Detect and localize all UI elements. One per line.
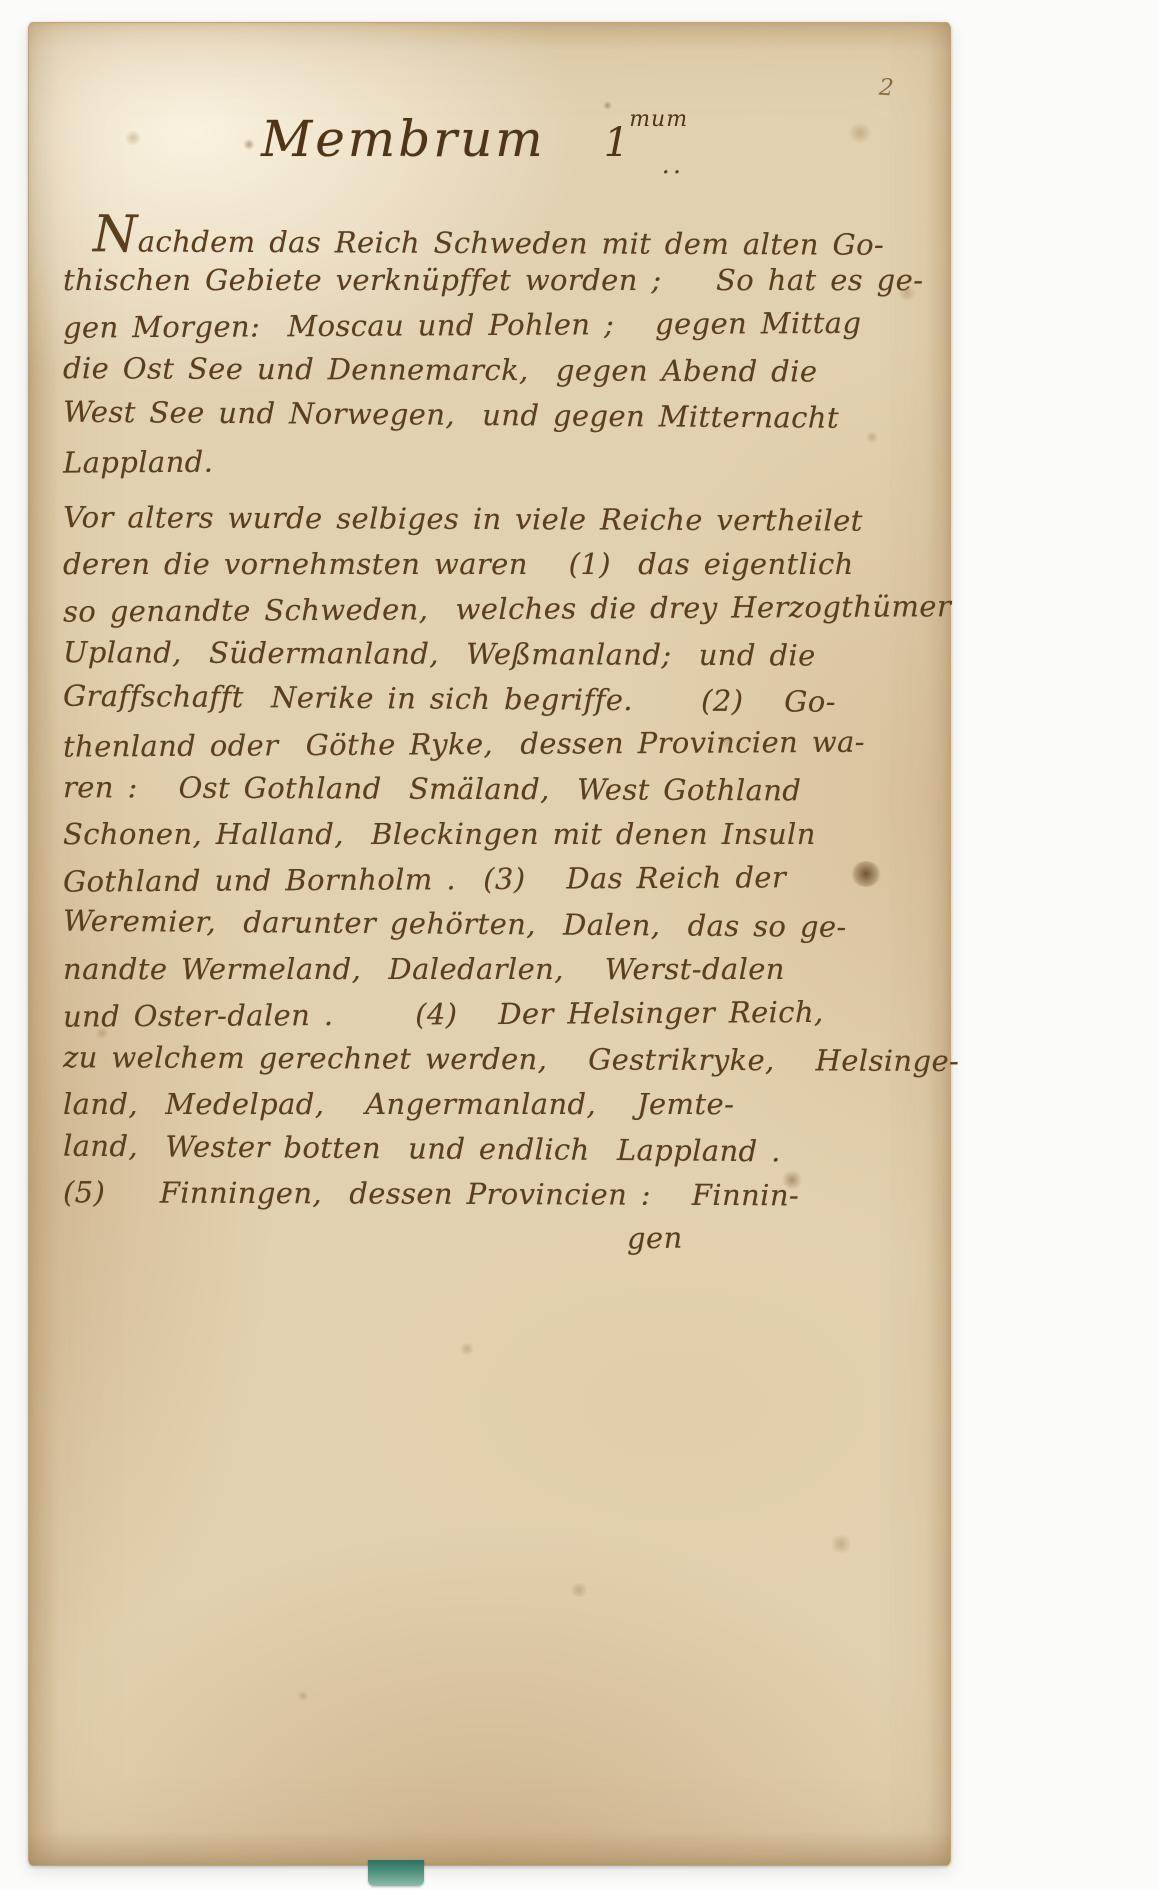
foxing-spot [847,123,873,143]
manuscript-line: ren : Ost Gothland Smäland, West Gothlan… [63,765,915,814]
title-word: Membrum [261,110,546,168]
manuscript-line: Nachdem das Reich Schweden mit dem alten… [63,211,915,260]
title-number: 1mum.. [604,120,688,166]
manuscript-line: (5) Finningen, dessen Provincien : Finni… [63,1170,915,1219]
paragraph-2: Vor alters wurde selbiges in viele Reich… [63,497,915,1217]
manuscript-line: deren die vornehmsten waren (1) das eige… [63,542,915,587]
manuscript-line: land, Wester botten und endlich Lappland… [63,1124,915,1176]
manuscript-line: nandte Wermeland, Daledarlen, Werst-dale… [63,947,915,992]
foxing-spot [297,1691,309,1701]
catchword: gen [627,1221,683,1256]
foxing-spot [569,1583,589,1597]
manuscript-line: Upland, Südermanland, Weßmanland; und di… [63,630,915,679]
manuscript-line: Gothland und Bornholm . (3) Das Reich de… [63,854,915,904]
paragraph-1: Nachdem das Reich Schweden mit dem alten… [63,213,915,483]
manuscript-line: thenland oder Göthe Ryke, dessen Provinc… [63,719,915,769]
manuscript-line: West See und Norwegen, und gegen Mittern… [63,390,915,442]
scan-background: 2 Membrum1mum.. Nachdem das Reich Schwed… [0,0,1159,1890]
manuscript-line: Graffschafft Nerike in sich begriffe. (2… [63,674,915,726]
manuscript-line: gen Morgen: Moscau und Pohlen ; gegen Mi… [63,300,915,350]
manuscript-line: und Oster-dalen . (4) Der Helsinger Reic… [63,989,915,1039]
manuscript-line: zu welchem gerechnet werden, Gestrikryke… [63,1035,915,1084]
manuscript-line: land, Medelpad, Angermanland, Jemte- [63,1082,915,1127]
foxing-spot [459,1343,475,1355]
foxing-spot [124,131,142,145]
manuscript-line: die Ost See und Dennemarck, gegen Abend … [63,346,915,395]
manuscript-title: Membrum1mum.. [261,107,781,168]
foxing-spot [243,139,255,150]
foxing-spot [829,1535,853,1553]
manuscript-line: so genandte Schweden, welches die drey H… [63,584,915,634]
title-number-value: 1 [604,120,629,166]
manuscript-line: Lappland. [63,435,915,485]
folio-number: 2 [878,75,894,102]
manuscript-line: Schonen, Halland, Bleckingen mit denen I… [63,812,915,857]
manuscript-line: Vor alters wurde selbiges in viele Reich… [63,495,915,544]
manuscript-page: 2 Membrum1mum.. Nachdem das Reich Schwed… [28,22,951,1866]
title-ordinal-suffix: mum [629,107,688,132]
manuscript-line: thischen Gebiete verknüpffet worden ; So… [63,258,915,303]
book-ribbon-edge [368,1860,424,1886]
manuscript-line: Weremier, darunter gehörten, Dalen, das … [63,899,915,951]
title-dots: .. [662,150,685,180]
